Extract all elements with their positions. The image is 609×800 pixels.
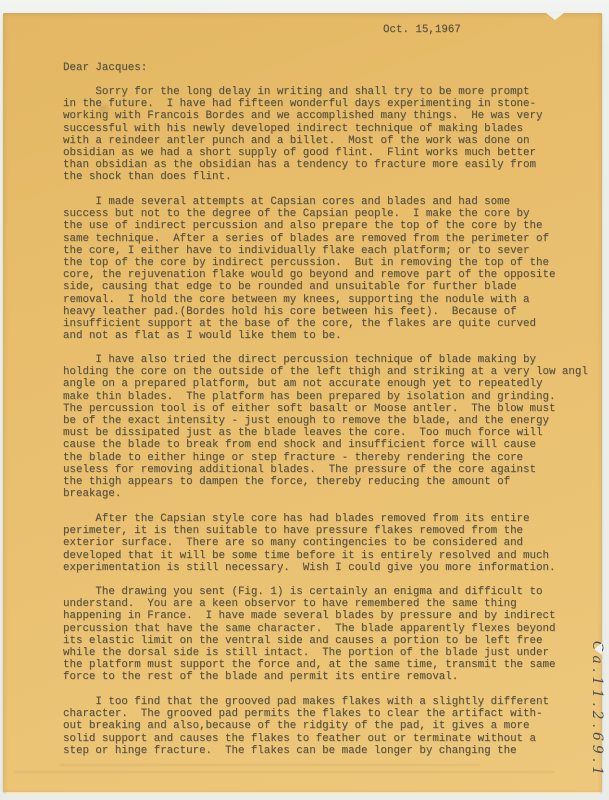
letter-paragraph: I have also tried the direct percussion … bbox=[63, 354, 588, 500]
letter-paragraph: I too find that the grooved pad makes fl… bbox=[63, 696, 549, 757]
letter-paragraph: After the Capsian style core has had bla… bbox=[63, 513, 555, 574]
paper-tear-notch-right bbox=[594, 643, 602, 655]
letter-paragraph: The drawing you sent (Fig. 1) is certain… bbox=[63, 586, 555, 684]
scanned-letter: Oct. 15,1967 Dear Jacques: Sorry for the… bbox=[0, 0, 609, 800]
paper-tear-notch-top bbox=[546, 13, 564, 20]
underlying-sheet-edge bbox=[6, 792, 600, 796]
letter-paragraph: I made several attempts at Capsian cores… bbox=[63, 196, 555, 342]
letter-paragraph: Sorry for the long delay in writing and … bbox=[63, 86, 542, 184]
letter-salutation: Dear Jacques: bbox=[63, 62, 147, 74]
paper-crease bbox=[60, 764, 480, 766]
letter-date: Oct. 15,1967 bbox=[383, 24, 461, 36]
paper-crease bbox=[14, 771, 554, 773]
